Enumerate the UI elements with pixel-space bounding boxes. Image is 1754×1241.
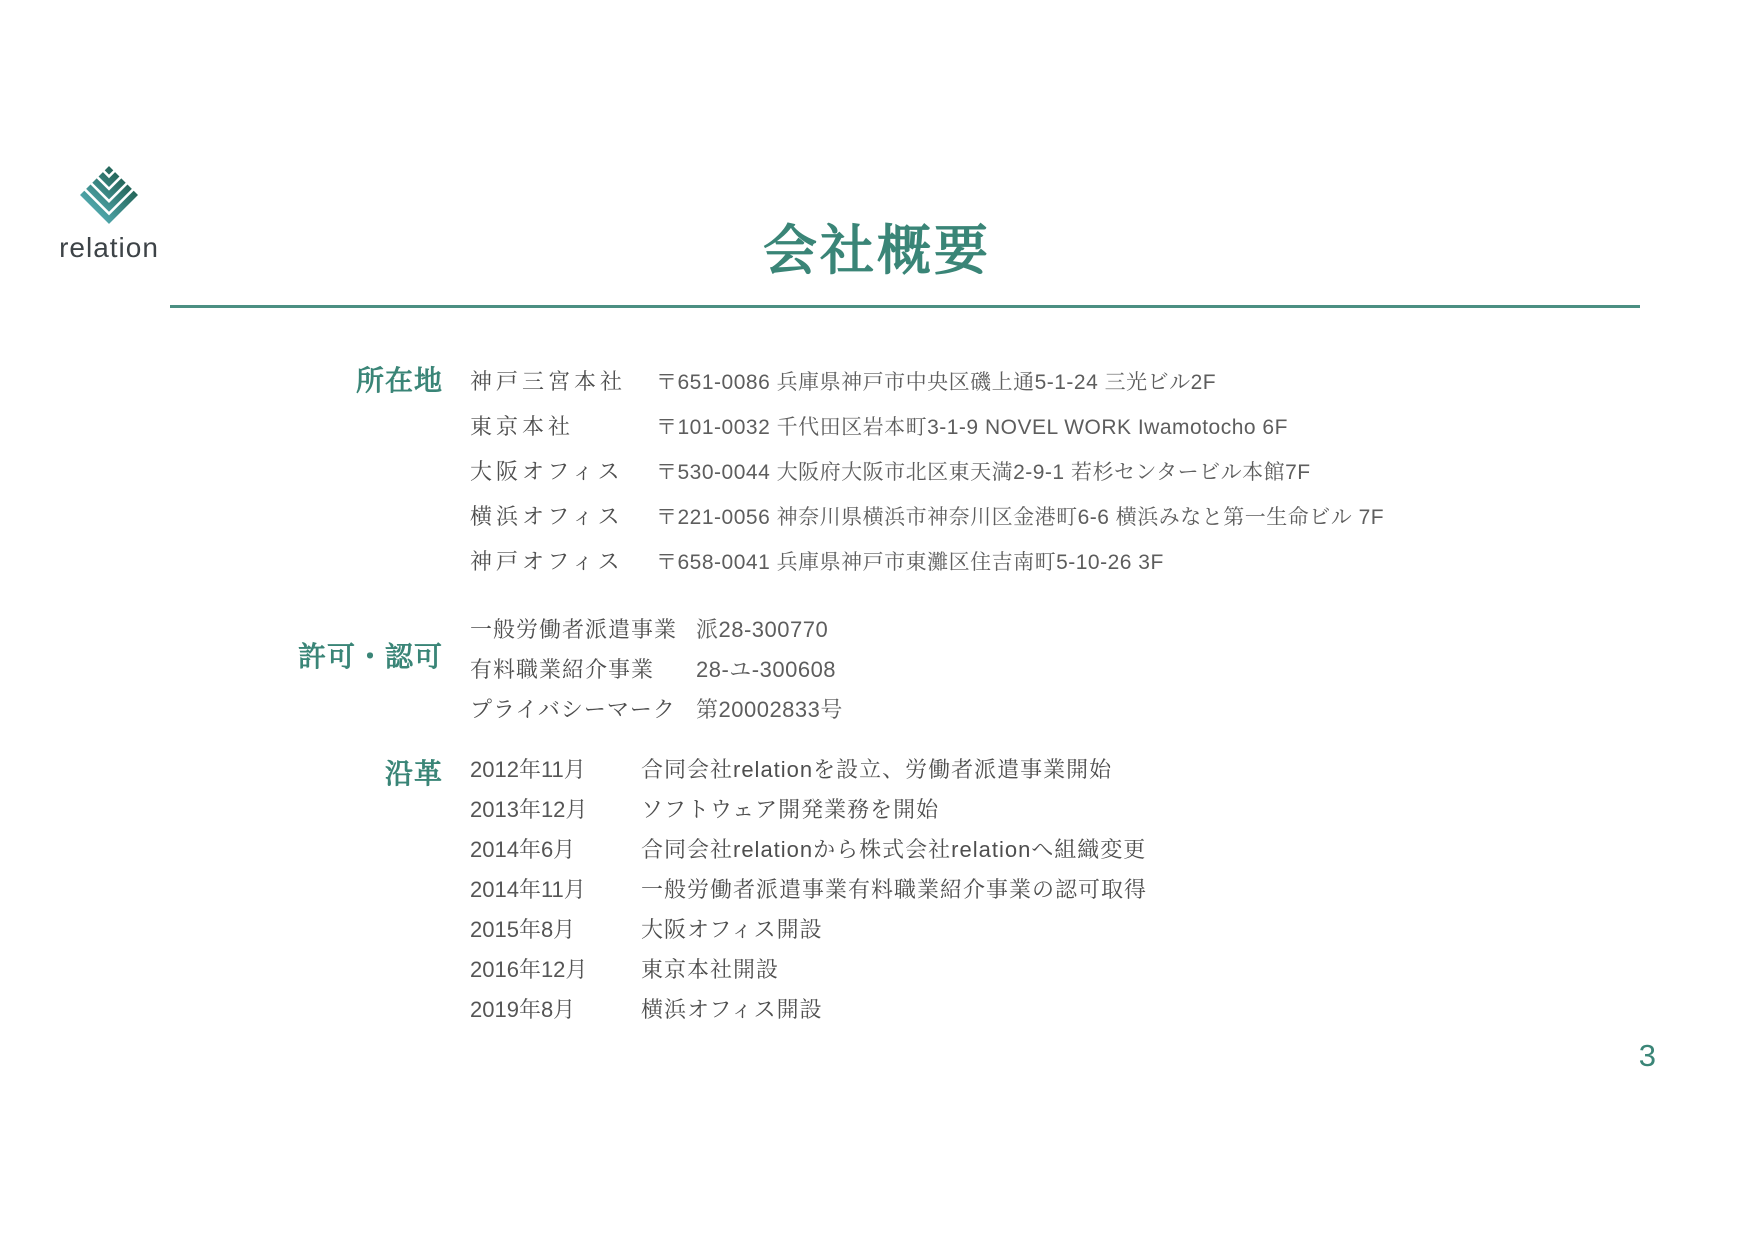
licenses-rows: 一般労働者派遣事業 派28-300770 有料職業紹介事業 28-ユ-30060… — [470, 608, 1580, 728]
history-row: 2014年6月 合同会社relationから株式会社relationへ組織変更 — [470, 828, 1580, 868]
history-date: 2013年12月 — [470, 793, 641, 824]
history-row: 2015年8月 大阪オフィス開設 — [470, 908, 1580, 948]
history-label: 沿革 — [280, 748, 470, 1028]
title-divider — [170, 305, 1640, 308]
history-event: 合同会社relationを設立、労働者派遣事業開始 — [641, 753, 1112, 784]
location-row: 神戸三宮本社 〒651-0086 兵庫県神戸市中央区磯上通5-1-24 三光ビル… — [470, 358, 1580, 403]
office-name: 大阪オフィス — [470, 455, 656, 486]
license-name: プライバシーマーク — [470, 693, 696, 724]
office-name: 東京本社 — [470, 410, 656, 441]
history-row: 2014年11月 一般労働者派遣事業有料職業紹介事業の認可取得 — [470, 868, 1580, 908]
history-event: 横浜オフィス開設 — [641, 993, 823, 1024]
location-row: 横浜オフィス 〒221-0056 神奈川県横浜市神奈川区金港町6-6 横浜みなと… — [470, 493, 1580, 538]
location-row: 神戸オフィス 〒658-0041 兵庫県神戸市東灘区住吉南町5-10-26 3F — [470, 538, 1580, 583]
history-event: 大阪オフィス開設 — [641, 913, 823, 944]
office-name: 神戸オフィス — [470, 545, 656, 576]
license-name: 有料職業紹介事業 — [470, 653, 696, 684]
office-address: 〒651-0086 兵庫県神戸市中央区磯上通5-1-24 三光ビル2F — [656, 366, 1216, 396]
locations-label: 所在地 — [280, 358, 470, 583]
office-name: 神戸三宮本社 — [470, 365, 656, 396]
license-row: 一般労働者派遣事業 派28-300770 — [470, 608, 1580, 648]
license-number: 28-ユ-300608 — [696, 653, 836, 684]
history-event: 一般労働者派遣事業有料職業紹介事業の認可取得 — [641, 873, 1147, 904]
history-row: 2013年12月 ソフトウェア開発業務を開始 — [470, 788, 1580, 828]
license-number: 第20002833号 — [696, 693, 843, 724]
history-event: ソフトウェア開発業務を開始 — [641, 793, 939, 824]
license-number: 派28-300770 — [696, 613, 828, 644]
company-overview-slide: relation 会社概要 所在地 神戸三宮本社 〒651-0086 兵庫県神戸… — [0, 0, 1754, 1241]
history-event: 合同会社relationから株式会社relationへ組織変更 — [641, 833, 1146, 864]
page-title: 会社概要 — [0, 208, 1754, 285]
office-address: 〒530-0044 大阪府大阪市北区東天満2-9-1 若杉センタービル本館7F — [656, 456, 1311, 486]
office-address: 〒101-0032 千代田区岩本町3-1-9 NOVEL WORK Iwamot… — [656, 411, 1288, 441]
office-address: 〒221-0056 神奈川県横浜市神奈川区金港町6-6 横浜みなと第一生命ビル … — [656, 501, 1384, 531]
history-section: 沿革 2012年11月 合同会社relationを設立、労働者派遣事業開始 20… — [280, 748, 1580, 1028]
history-date: 2019年8月 — [470, 993, 641, 1024]
history-row: 2016年12月 東京本社開設 — [470, 948, 1580, 988]
history-date: 2015年8月 — [470, 913, 641, 944]
office-address: 〒658-0041 兵庫県神戸市東灘区住吉南町5-10-26 3F — [656, 546, 1164, 576]
locations-rows: 神戸三宮本社 〒651-0086 兵庫県神戸市中央区磯上通5-1-24 三光ビル… — [470, 358, 1580, 583]
history-rows: 2012年11月 合同会社relationを設立、労働者派遣事業開始 2013年… — [470, 748, 1580, 1028]
history-row: 2019年8月 横浜オフィス開設 — [470, 988, 1580, 1028]
location-row: 大阪オフィス 〒530-0044 大阪府大阪市北区東天満2-9-1 若杉センター… — [470, 448, 1580, 493]
page-number: 3 — [1639, 1038, 1656, 1074]
license-row: プライバシーマーク 第20002833号 — [470, 688, 1580, 728]
license-row: 有料職業紹介事業 28-ユ-300608 — [470, 648, 1580, 688]
licenses-section: 許可・認可 一般労働者派遣事業 派28-300770 有料職業紹介事業 28-ユ… — [280, 608, 1580, 728]
office-name: 横浜オフィス — [470, 500, 656, 531]
history-date: 2014年6月 — [470, 833, 641, 864]
location-row: 東京本社 〒101-0032 千代田区岩本町3-1-9 NOVEL WORK I… — [470, 403, 1580, 448]
history-date: 2016年12月 — [470, 953, 641, 984]
history-date: 2014年11月 — [470, 873, 641, 904]
license-name: 一般労働者派遣事業 — [470, 613, 696, 644]
locations-section: 所在地 神戸三宮本社 〒651-0086 兵庫県神戸市中央区磯上通5-1-24 … — [280, 358, 1580, 583]
history-event: 東京本社開設 — [641, 953, 779, 984]
licenses-label: 許可・認可 — [280, 643, 470, 671]
slide-content: 所在地 神戸三宮本社 〒651-0086 兵庫県神戸市中央区磯上通5-1-24 … — [280, 358, 1580, 1028]
history-row: 2012年11月 合同会社relationを設立、労働者派遣事業開始 — [470, 748, 1580, 788]
history-date: 2012年11月 — [470, 753, 641, 784]
